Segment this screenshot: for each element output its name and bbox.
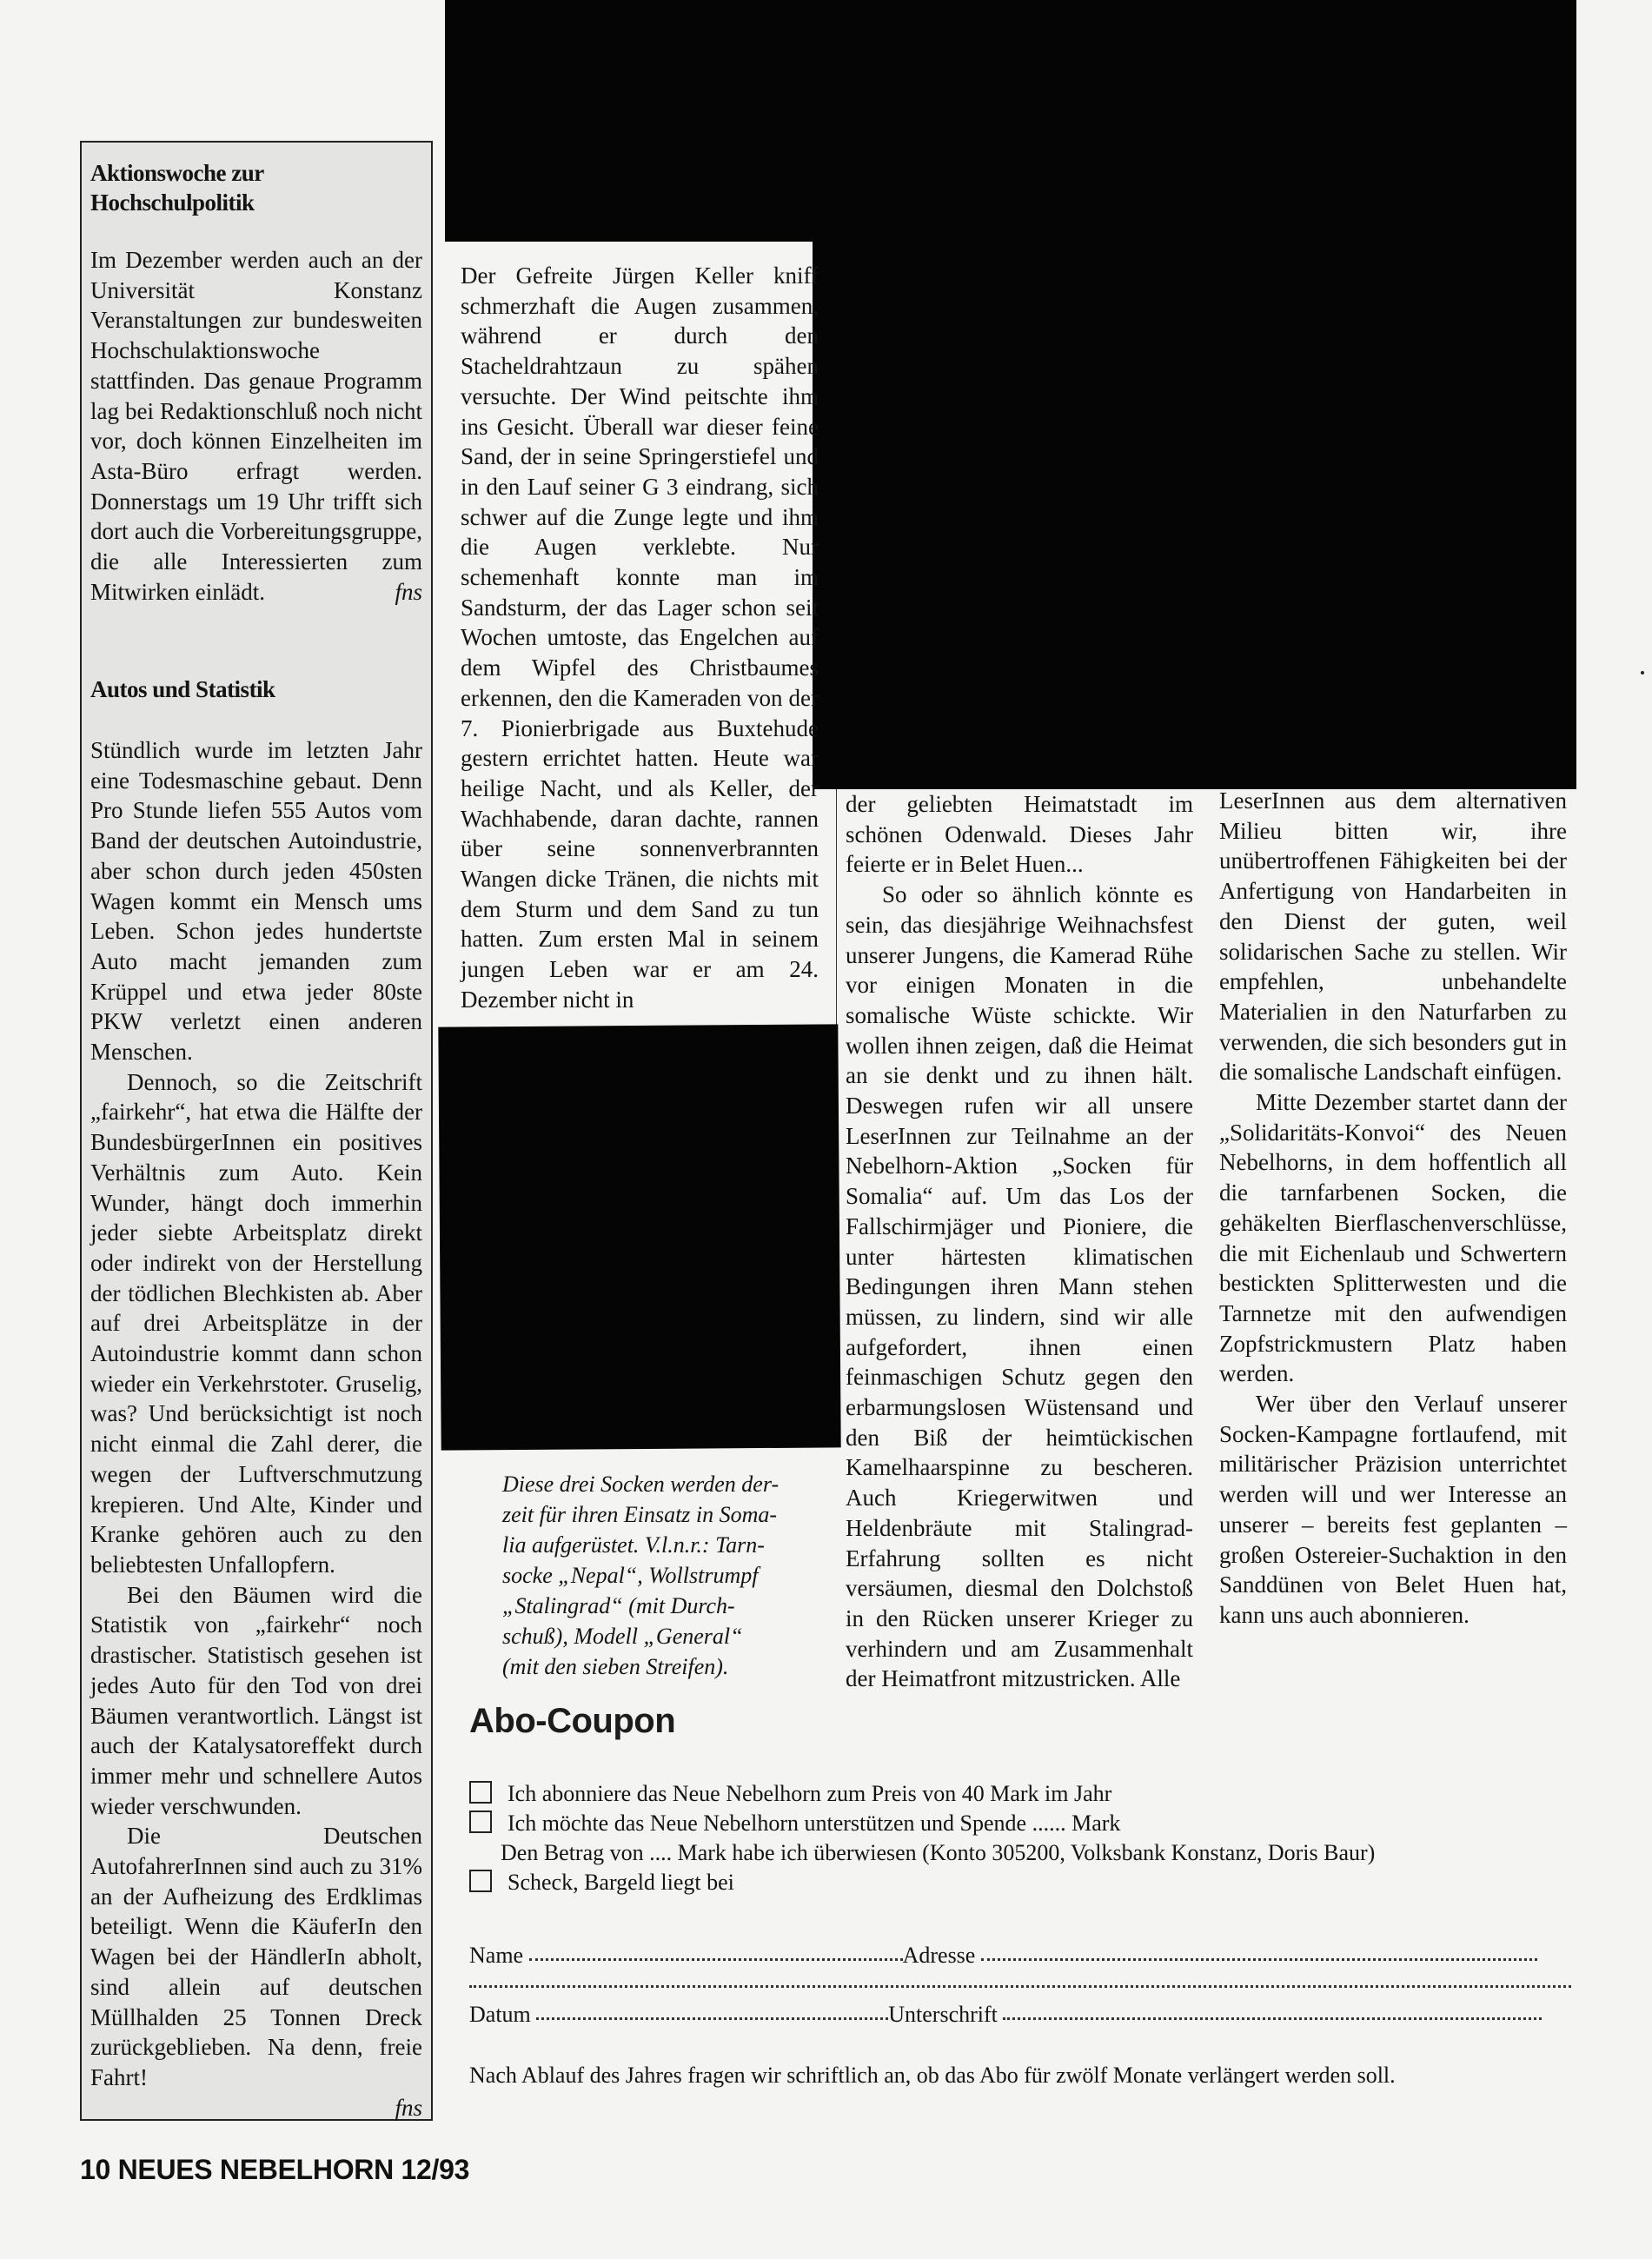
- address-label: Adresse: [903, 1943, 976, 1968]
- coupon-option-subscribe[interactable]: Ich abonniere das Neue Nebelhorn zum Pre…: [469, 1780, 1111, 1808]
- caption-line: schuß), Modell „General“: [502, 1621, 815, 1651]
- paragraph: Bei den Bäumen wird die Statistik von „f…: [90, 1580, 422, 1822]
- caption-line: „Stalingrad“ (mit Durch-: [502, 1591, 815, 1621]
- article-title: Aktionswoche zur Hochschulpolitik: [90, 158, 422, 217]
- issue-number: 12/93: [401, 2154, 470, 2185]
- story-column-1: Der Gefreite Jürgen Keller kniff schmerz…: [461, 261, 819, 1015]
- caption-line: (mit den sieben Streifen).: [502, 1651, 815, 1682]
- paragraph: Wer über den Verlauf unserer Socken-Kamp…: [1219, 1389, 1567, 1631]
- date-label: Datum: [469, 2002, 531, 2027]
- article-aktionswoche: Aktionswoche zur Hochschulpolitik Im Dez…: [90, 158, 422, 607]
- coupon-option-cheque[interactable]: Scheck, Bargeld liegt bei: [469, 1869, 734, 1897]
- donate-checkbox[interactable]: [469, 1811, 492, 1833]
- paragraph: Mitte Dezember startet dann der „Solidar…: [1219, 1087, 1567, 1389]
- name-field[interactable]: [529, 1958, 903, 1961]
- paragraph: So oder so ähnlich könnte es sein, das d…: [846, 880, 1193, 1694]
- title-line: Aktionswoche zur: [90, 160, 264, 186]
- sidebar-box: Aktionswoche zur Hochschulpolitik Im Dez…: [80, 141, 433, 2121]
- caption-line: lia aufgerüstet. V.l.n.r.: Tarn-: [502, 1530, 815, 1560]
- author-signature: fns: [395, 577, 422, 608]
- page-footer: 10 NEUES NEBELHORN 12/93: [80, 2154, 469, 2186]
- paragraph: LeserInnen aus dem alternativen Milieu b…: [1219, 786, 1567, 1087]
- article-title: Autos und Statistik: [90, 674, 422, 704]
- paragraph: Der Gefreite Jürgen Keller kniff schmerz…: [461, 261, 819, 1015]
- photo-top-black: [445, 0, 1576, 242]
- signature-field[interactable]: [1003, 2017, 1542, 2020]
- caption-line: socke „Nepal“, Wollstrumpf: [502, 1560, 815, 1591]
- story-column-2: der geliebten Heimatstadt im schönen Ode…: [846, 789, 1193, 1694]
- photo-socks-black: [438, 1024, 840, 1450]
- paragraph: Die Deutschen AutofahrerInnen sind auch …: [90, 1821, 422, 2092]
- option-label: Ich möchte das Neue Nebelhorn unterstütz…: [508, 1811, 1120, 1836]
- photo-caption: Diese drei Socken werden der- zeit für i…: [502, 1469, 815, 1682]
- column-rule: [836, 789, 837, 1050]
- title-line: Hochschulpolitik: [90, 189, 255, 216]
- publication-name: NEUES NEBELHORN: [118, 2154, 394, 2185]
- option-label: Scheck, Bargeld liegt bei: [508, 1870, 734, 1895]
- caption-line: Diese drei Socken werden der-: [502, 1469, 815, 1499]
- caption-line: zeit für ihren Einsatz in Soma-: [502, 1499, 815, 1530]
- paper-speck: [1641, 671, 1644, 674]
- author-signature: fns: [395, 2093, 422, 2123]
- paragraph: Im Dezember werden auch an der Universit…: [90, 247, 422, 605]
- renewal-note: Nach Ablauf des Jahres fragen wir schrif…: [469, 2062, 1396, 2090]
- article-body: Stündlich wurde im letzten Jahr eine Tod…: [90, 735, 422, 2093]
- option-label: Ich abonniere das Neue Nebelhorn zum Pre…: [508, 1781, 1111, 1806]
- date-signature-row: Datum Unterschrift: [469, 2001, 1571, 2029]
- article-body: Im Dezember werden auch an der Universit…: [90, 245, 422, 607]
- story-column-3: LeserInnen aus dem alternativen Milieu b…: [1219, 786, 1567, 1631]
- paragraph: Stündlich wurde im letzten Jahr eine Tod…: [90, 735, 422, 1067]
- cheque-checkbox[interactable]: [469, 1870, 492, 1892]
- photo-right-black: [813, 235, 1576, 789]
- subscribe-checkbox[interactable]: [469, 1781, 492, 1804]
- coupon-title: Abo-Coupon: [469, 1702, 675, 1741]
- paragraph: Dennoch, so die Zeitschrift „fairkehr“, …: [90, 1067, 422, 1580]
- page-number: 10: [80, 2154, 110, 2185]
- address-field[interactable]: [981, 1958, 1537, 1961]
- article-autos-statistik: Autos und Statistik Stündlich wurde im l…: [90, 674, 422, 2123]
- name-address-row: Name Adresse: [469, 1942, 1571, 1970]
- signature-label: Unterschrift: [888, 2002, 998, 2027]
- name-label: Name: [469, 1943, 523, 1968]
- date-field[interactable]: [536, 2017, 888, 2020]
- coupon-option-donate[interactable]: Ich möchte das Neue Nebelhorn unterstütz…: [469, 1810, 1120, 1837]
- address-field-line-2[interactable]: [469, 1985, 1571, 1988]
- transfer-line: Den Betrag von .... Mark habe ich überwi…: [501, 1839, 1375, 1867]
- paragraph: der geliebten Heimatstadt im schönen Ode…: [846, 789, 1193, 880]
